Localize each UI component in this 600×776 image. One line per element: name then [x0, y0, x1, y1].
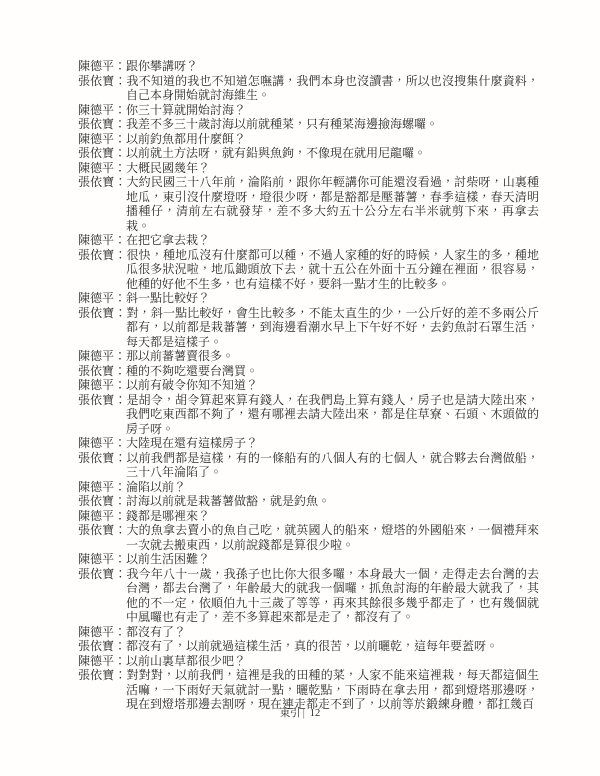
dialogue-text: 我今年八十一歲，我孫子也比你大很多囉，本身最大一個，走得走去台灣的去台灣，都去台… [126, 567, 539, 625]
speaker-colon: ： [114, 306, 126, 320]
speaker-name: 陳德平 [78, 103, 114, 117]
speaker-name: 陳德平 [78, 132, 114, 146]
speaker-name: 張依寶 [78, 306, 114, 320]
dialogue-text: 淪陷以前？ [126, 480, 186, 494]
document-page: 陳德平：跟你攀講呀？ 張依寶：我不知道的我也不知道怎嘸講，我們本身也沒讀書，所以… [0, 0, 600, 776]
speaker-name: 張依寶 [78, 523, 114, 537]
speaker-name: 陳德平 [78, 233, 114, 247]
dialogue-text: 以前生活困難？ [126, 552, 210, 566]
dialogue-entry: 張依寶：以前我們都是這樣，有的一條船有的八個人有的七個人，就合夥去台灣做船，三十… [78, 451, 539, 480]
footer-page-number: 12 [310, 708, 321, 719]
dialogue-entry: 陳德平：都沒有了？ [78, 625, 539, 640]
speaker-colon: ： [114, 436, 126, 450]
speaker-name: 張依寶 [78, 175, 114, 189]
dialogue-entry: 陳德平：斜一點比較好？ [78, 291, 539, 306]
speaker-colon: ： [114, 103, 126, 117]
dialogue-text: 在把它拿去栽？ [126, 233, 210, 247]
speaker-name: 張依寶 [78, 364, 114, 378]
dialogue-entry: 陳德平：那以前蕃薯賣很多。 [78, 349, 539, 364]
dialogue-entry: 張依寶：很快，種地瓜沒有什麼都可以種，不過人家種的好的時候，人家生的多，種地瓜很… [78, 248, 539, 292]
dialogue-text: 大約民國三十八年前，淪陷前，跟你年輕講你可能還沒看過，討柴呀，山裏種地瓜，東引沒… [126, 175, 539, 233]
speaker-name: 張依寶 [78, 393, 114, 407]
speaker-name: 張依寶 [78, 668, 114, 682]
speaker-colon: ： [114, 59, 126, 73]
speaker-colon: ： [114, 393, 126, 407]
dialogue-text: 種的不夠吃還要台灣買。 [126, 364, 258, 378]
dialogue-entry: 陳德平：錢都是哪裡來？ [78, 509, 539, 524]
speaker-name: 張依寶 [78, 451, 114, 465]
dialogue-entry: 陳德平：大陸現在還有這樣房子？ [78, 436, 539, 451]
dialogue-text: 大的魚拿去賣小的魚自己吃，就英國人的船來，燈塔的外國船來，一個禮拜來一次就去搬東… [126, 523, 539, 552]
speaker-colon: ： [114, 494, 126, 508]
dialogue-entry: 張依寶：是胡令，胡令算起來算有錢人，在我們島上算有錢人，房子也是請大陸出來，我們… [78, 393, 539, 437]
speaker-name: 陳德平 [78, 480, 114, 494]
dialogue-text: 都沒有了？ [126, 625, 186, 639]
speaker-colon: ： [114, 668, 126, 682]
dialogue-entry: 陳德平：淪陷以前？ [78, 480, 539, 495]
speaker-colon: ： [114, 451, 126, 465]
speaker-colon: ： [114, 161, 126, 175]
dialogue-entry: 陳德平：以前釣魚都用什麼餌？ [78, 132, 539, 147]
speaker-name: 張依寶 [78, 639, 114, 653]
dialogue-entry: 陳德平：以前有破令你知不知道？ [78, 378, 539, 393]
speaker-colon: ： [114, 132, 126, 146]
speaker-colon: ： [114, 552, 126, 566]
dialogue-text: 是胡令，胡令算起來算有錢人，在我們島上算有錢人，房子也是請大陸出來，我們吃東西都… [126, 393, 539, 436]
dialogue-entry: 張依寶：我差不多三十歲討海以前就種菜，只有種菜海邊撿海螺囉。 [78, 117, 539, 132]
dialogue-entry: 張依寶：對對對，以前我們，這裡是我的田種的菜，人家不能來這裡栽，每天都這個生活嘛… [78, 668, 539, 712]
dialogue-text: 斜一點比較好？ [126, 291, 210, 305]
speaker-colon: ： [114, 349, 126, 363]
dialogue-entry: 張依寶：我今年八十一歲，我孫子也比你大很多囉，本身最大一個，走得走去台灣的去台灣… [78, 567, 539, 625]
speaker-name: 張依寶 [78, 494, 114, 508]
speaker-name: 陳德平 [78, 349, 114, 363]
speaker-colon: ： [114, 364, 126, 378]
speaker-name: 陳德平 [78, 436, 114, 450]
speaker-name: 陳德平 [78, 509, 114, 523]
speaker-name: 張依寶 [78, 117, 114, 131]
dialogue-text: 對對對，以前我們，這裡是我的田種的菜，人家不能來這裡栽，每天都這個生活嘛，一下雨… [126, 668, 539, 711]
dialogue-text: 以前我們都是這樣，有的一條船有的八個人有的七個人，就合夥去台灣做船，三十八年淪陷… [126, 451, 539, 480]
dialogue-text: 很快，種地瓜沒有什麼都可以種，不過人家種的好的時候，人家生的多，種地瓜很多狀況啦… [126, 248, 539, 291]
dialogue-text: 我差不多三十歲討海以前就種菜，只有種菜海邊撿海螺囉。 [126, 117, 438, 131]
dialogue-entry: 張依寶：種的不夠吃還要台灣買。 [78, 364, 539, 379]
dialogue-entry: 張依寶：大的魚拿去賣小的魚自己吃，就英國人的船來，燈塔的外國船來，一個禮拜來一次… [78, 523, 539, 552]
speaker-colon: ： [114, 117, 126, 131]
speaker-name: 張依寶 [78, 248, 114, 262]
dialogue-entry: 陳德平：以前山裏草都很少吧？ [78, 654, 539, 669]
footer-section-label: 東引 [280, 708, 301, 719]
dialogue-text: 我不知道的我也不知道怎嘸講，我們本身也沒讀書，所以也沒搜集什麼資料，自己本身開始… [126, 74, 539, 103]
dialogue-text: 都沒有了，以前就過這樣生活，真的很苦，以前曬乾，這每年要蓋呀。 [126, 639, 498, 653]
footer-separator: | [303, 706, 305, 721]
speaker-name: 陳德平 [78, 161, 114, 175]
dialogue-entry: 張依寶：以前就土方法呀，就有鉛與魚鉤，不像現在就用尼龍囉。 [78, 146, 539, 161]
speaker-colon: ： [114, 639, 126, 653]
speaker-name: 陳德平 [78, 291, 114, 305]
speaker-colon: ： [114, 654, 126, 668]
dialogue-entry: 張依寶：討海以前就是栽蕃薯做豁，就是釣魚。 [78, 494, 539, 509]
speaker-colon: ： [114, 625, 126, 639]
speaker-name: 陳德平 [78, 654, 114, 668]
speaker-name: 張依寶 [78, 567, 114, 581]
dialogue-entry: 陳德平：大概民國幾年？ [78, 161, 539, 176]
speaker-name: 張依寶 [78, 146, 114, 160]
dialogue-text: 以前山裏草都很少吧？ [126, 654, 246, 668]
dialogue-text: 對，斜一點比較好，會生比較多，不能太直生的少，一公斤好的差不多兩公斤都有，以前都… [126, 306, 539, 349]
speaker-colon: ： [114, 523, 126, 537]
dialogue-text: 討海以前就是栽蕃薯做豁，就是釣魚。 [126, 494, 330, 508]
dialogue-text: 那以前蕃薯賣很多。 [126, 349, 234, 363]
speaker-colon: ： [114, 567, 126, 581]
page-footer: 東引|12 [0, 707, 600, 721]
speaker-colon: ： [114, 146, 126, 160]
dialogue-text: 以前釣魚都用什麼餌？ [126, 132, 246, 146]
speaker-name: 陳德平 [78, 552, 114, 566]
speaker-colon: ： [114, 378, 126, 392]
dialogue-entry: 陳德平：跟你攀講呀？ [78, 59, 539, 74]
speaker-name: 陳德平 [78, 378, 114, 392]
dialogue-entry: 張依寶：都沒有了，以前就過這樣生活，真的很苦，以前曬乾，這每年要蓋呀。 [78, 639, 539, 654]
speaker-colon: ： [114, 509, 126, 523]
dialogue-transcript: 陳德平：跟你攀講呀？ 張依寶：我不知道的我也不知道怎嘸講，我們本身也沒讀書，所以… [78, 59, 539, 712]
speaker-colon: ： [114, 248, 126, 262]
dialogue-text: 大概民國幾年？ [126, 161, 210, 175]
dialogue-entry: 張依寶：我不知道的我也不知道怎嘸講，我們本身也沒讀書，所以也沒搜集什麼資料，自己… [78, 74, 539, 103]
dialogue-text: 以前有破令你知不知道？ [126, 378, 258, 392]
dialogue-text: 你三十算就開始討海？ [126, 103, 246, 117]
speaker-colon: ： [114, 175, 126, 189]
dialogue-entry: 陳德平：以前生活困難？ [78, 552, 539, 567]
dialogue-text: 錢都是哪裡來？ [126, 509, 210, 523]
speaker-name: 陳德平 [78, 625, 114, 639]
dialogue-text: 以前就土方法呀，就有鉛與魚鉤，不像現在就用尼龍囉。 [126, 146, 426, 160]
dialogue-entry: 陳德平：你三十算就開始討海？ [78, 103, 539, 118]
speaker-colon: ： [114, 480, 126, 494]
speaker-colon: ： [114, 74, 126, 88]
speaker-colon: ： [114, 233, 126, 247]
dialogue-text: 大陸現在還有這樣房子？ [126, 436, 258, 450]
dialogue-entry: 陳德平：在把它拿去栽？ [78, 233, 539, 248]
dialogue-entry: 張依寶：對，斜一點比較好，會生比較多，不能太直生的少，一公斤好的差不多兩公斤都有… [78, 306, 539, 350]
speaker-name: 陳德平 [78, 59, 114, 73]
speaker-colon: ： [114, 291, 126, 305]
dialogue-text: 跟你攀講呀？ [126, 59, 198, 73]
speaker-name: 張依寶 [78, 74, 114, 88]
dialogue-entry: 張依寶：大約民國三十八年前，淪陷前，跟你年輕講你可能還沒看過，討柴呀，山裏種地瓜… [78, 175, 539, 233]
